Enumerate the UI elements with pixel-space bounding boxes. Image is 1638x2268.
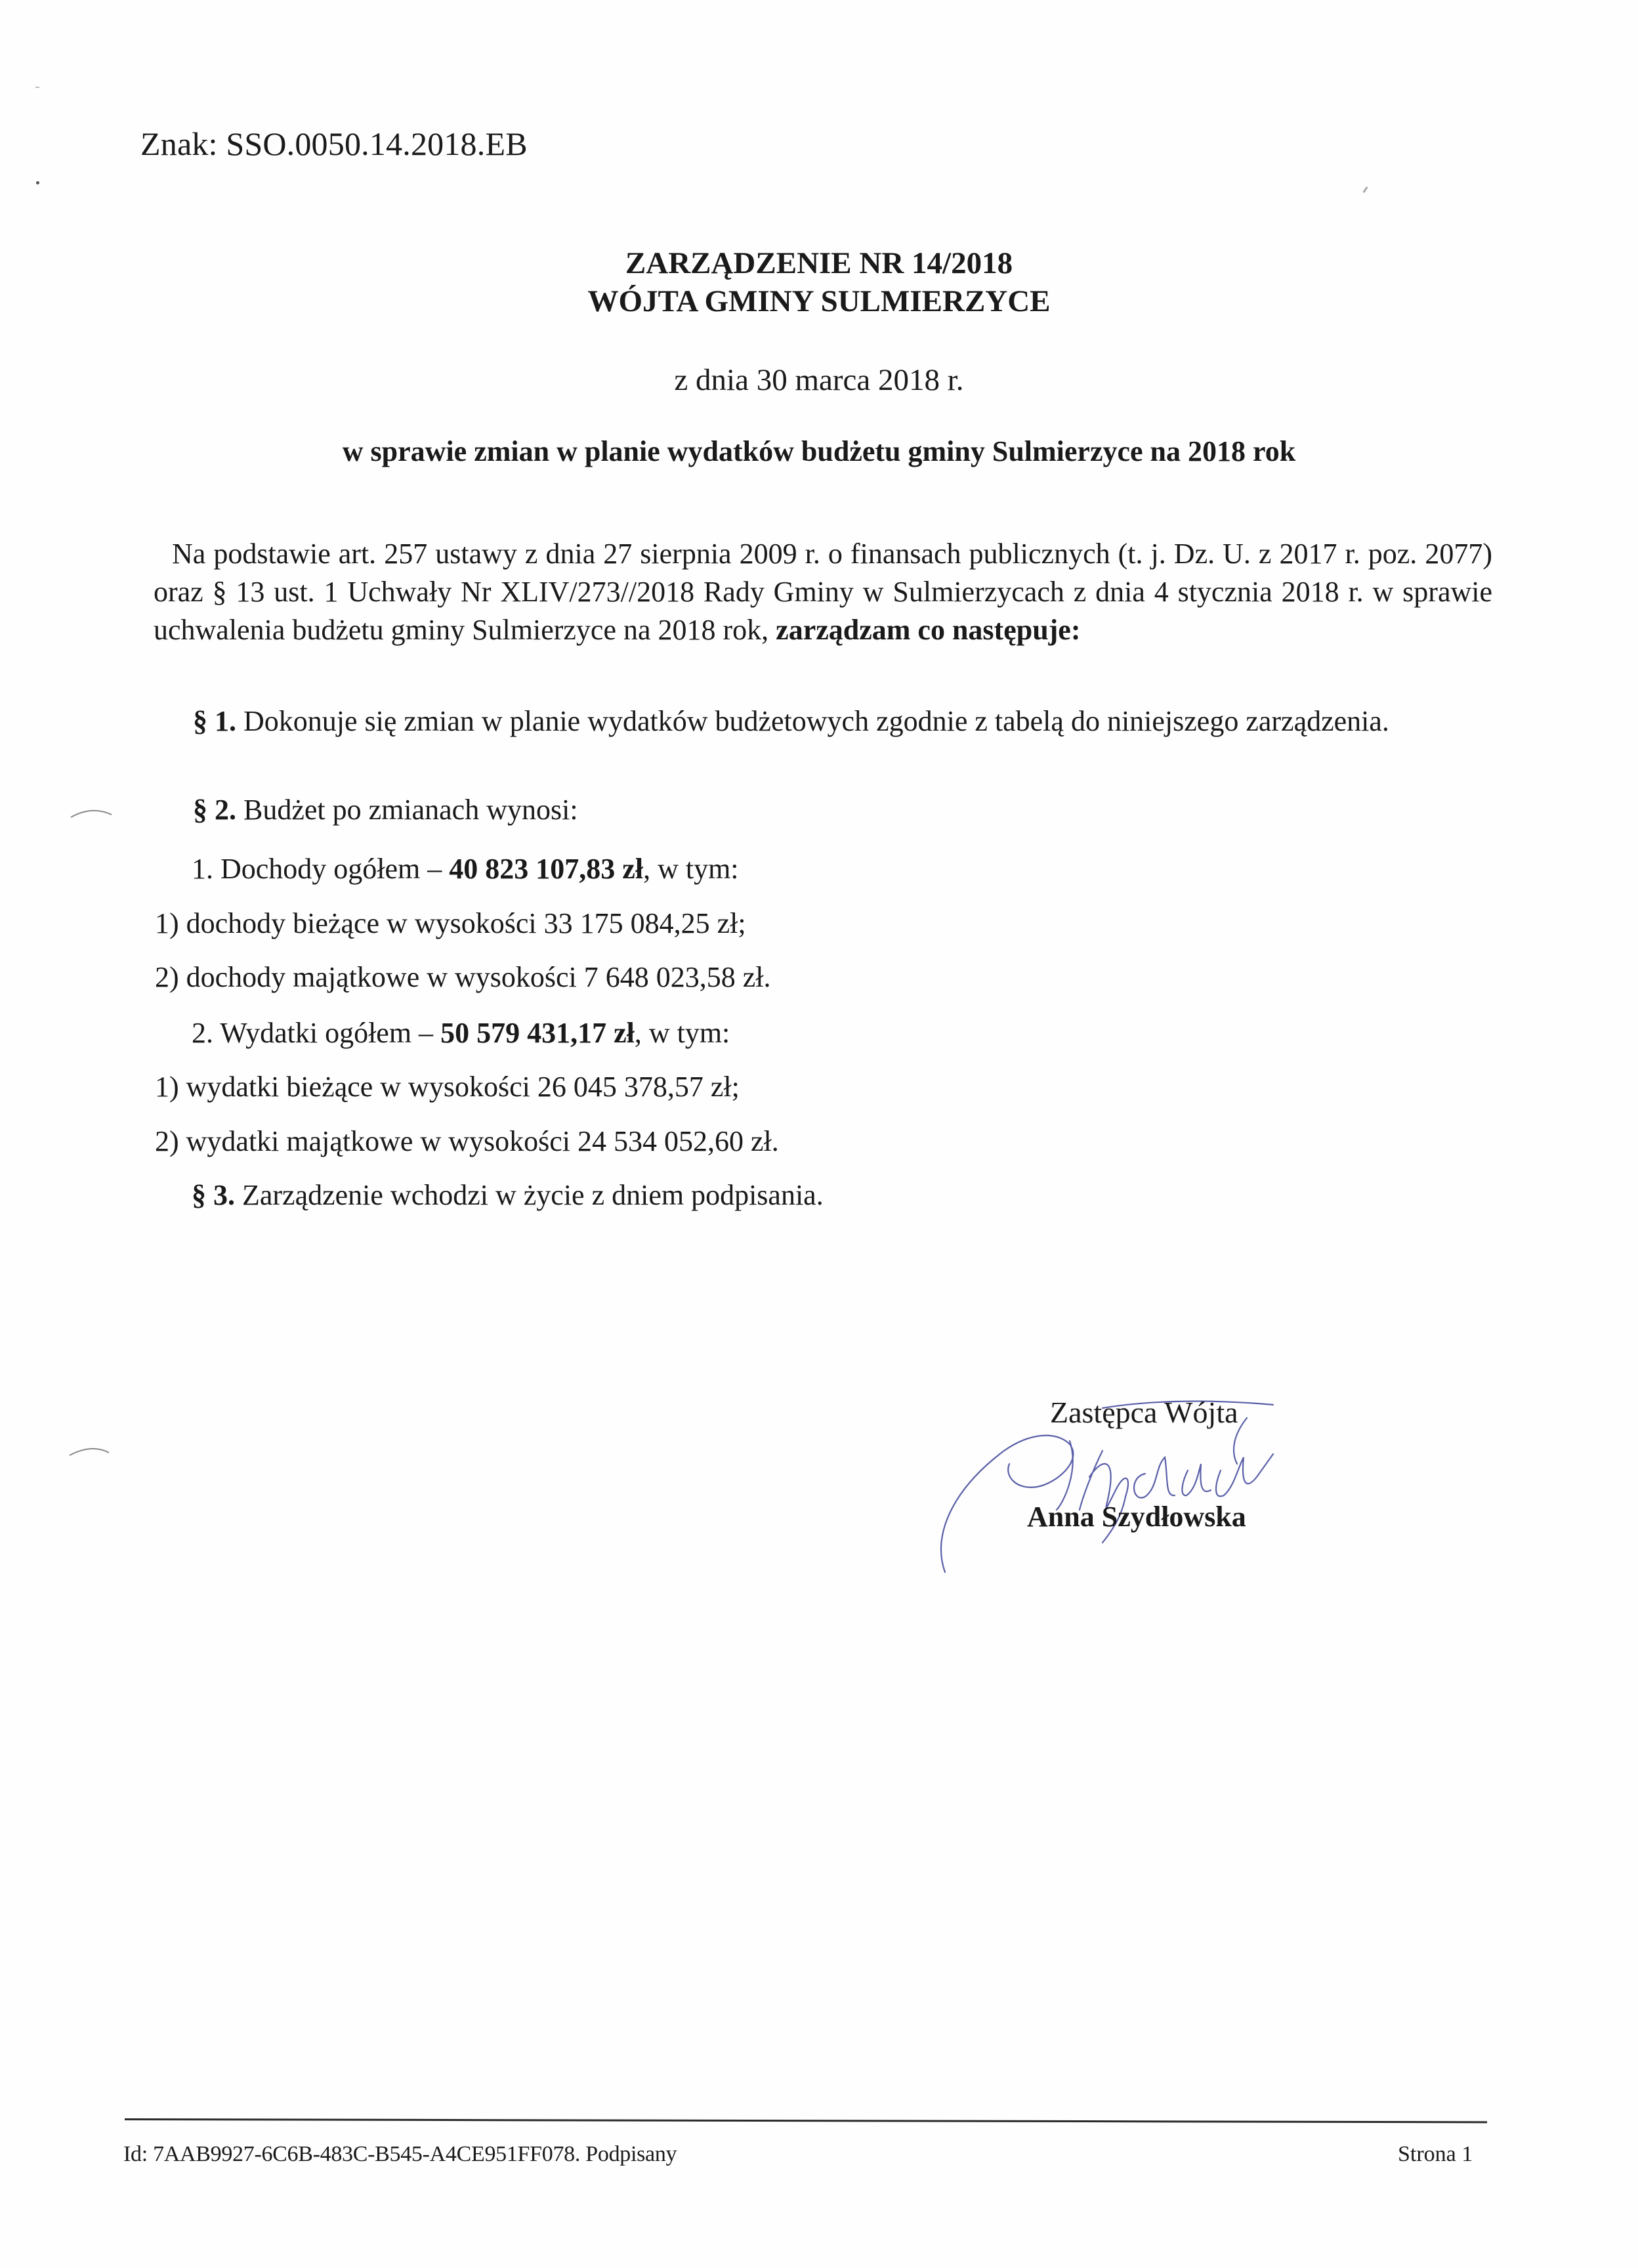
document-subject: w sprawie zmian w planie wydatków budżet… bbox=[0, 435, 1638, 468]
section-1-marker: § 1. bbox=[193, 705, 236, 737]
section-2-marker: § 2. bbox=[193, 794, 236, 826]
scan-speck bbox=[35, 87, 39, 88]
signatory-name: Anna Szydłowska bbox=[1027, 1500, 1246, 1533]
income-suffix: , w tym: bbox=[643, 853, 738, 885]
expenses-label: 2. Wydatki ogółem – bbox=[192, 1017, 440, 1049]
income-label: 1. Dochody ogółem – bbox=[192, 853, 449, 885]
income-total-line: 1. Dochody ogółem – 40 823 107,83 zł, w … bbox=[192, 850, 739, 888]
reference-number: Znak: SSO.0050.14.2018.EB bbox=[140, 125, 528, 163]
document-title: ZARZĄDZENIE NR 14/2018 WÓJTA GMINY SULMI… bbox=[0, 244, 1638, 320]
expenses-current: 1) wydatki bieżące w wysokości 26 045 37… bbox=[155, 1068, 740, 1106]
page-number: Strona 1 bbox=[1398, 2142, 1473, 2167]
scan-speck bbox=[1362, 186, 1368, 193]
punch-hole-mark bbox=[66, 1441, 118, 1461]
scan-speck bbox=[36, 181, 39, 184]
document-page: Znak: SSO.0050.14.2018.EB ZARZĄDZENIE NR… bbox=[0, 0, 1638, 2268]
legal-basis-paragraph: Na podstawie art. 257 ustawy z dnia 27 s… bbox=[154, 535, 1492, 649]
income-current: 1) dochody bieżące w wysokości 33 175 08… bbox=[155, 905, 746, 943]
section-2: § 2. Budżet po zmianach wynosi: bbox=[193, 791, 1374, 829]
section-1: § 1. Dokonuje się zmian w planie wydatkó… bbox=[154, 702, 1492, 740]
expenses-total: 50 579 431,17 zł bbox=[440, 1017, 635, 1049]
signatory-role: Zastępca Wójta bbox=[1050, 1395, 1238, 1430]
income-total: 40 823 107,83 zł bbox=[449, 853, 643, 885]
income-property: 2) dochody majątkowe w wysokości 7 648 0… bbox=[155, 958, 771, 996]
punch-hole-mark bbox=[66, 804, 118, 824]
section-3-text: Zarządzenie wchodzi w życie z dniem podp… bbox=[235, 1179, 824, 1211]
expenses-suffix: , w tym: bbox=[635, 1017, 730, 1049]
title-line-2: WÓJTA GMINY SULMIERZYCE bbox=[0, 282, 1638, 320]
document-id: Id: 7AAB9927-6C6B-483C-B545-A4CE951FF078… bbox=[123, 2142, 677, 2167]
footer-divider bbox=[125, 2118, 1487, 2123]
legal-basis-decree: zarządzam co następuje: bbox=[776, 614, 1080, 646]
title-line-1: ZARZĄDZENIE NR 14/2018 bbox=[0, 244, 1638, 282]
expenses-total-line: 2. Wydatki ogółem – 50 579 431,17 zł, w … bbox=[192, 1014, 730, 1052]
section-2-text: Budżet po zmianach wynosi: bbox=[236, 794, 578, 826]
section-3: § 3. Zarządzenie wchodzi w życie z dniem… bbox=[192, 1176, 824, 1214]
section-1-text: Dokonuje się zmian w planie wydatków bud… bbox=[236, 705, 1389, 737]
document-date: z dnia 30 marca 2018 r. bbox=[0, 362, 1638, 398]
section-3-marker: § 3. bbox=[192, 1179, 235, 1211]
expenses-property: 2) wydatki majątkowe w wysokości 24 534 … bbox=[155, 1123, 779, 1161]
